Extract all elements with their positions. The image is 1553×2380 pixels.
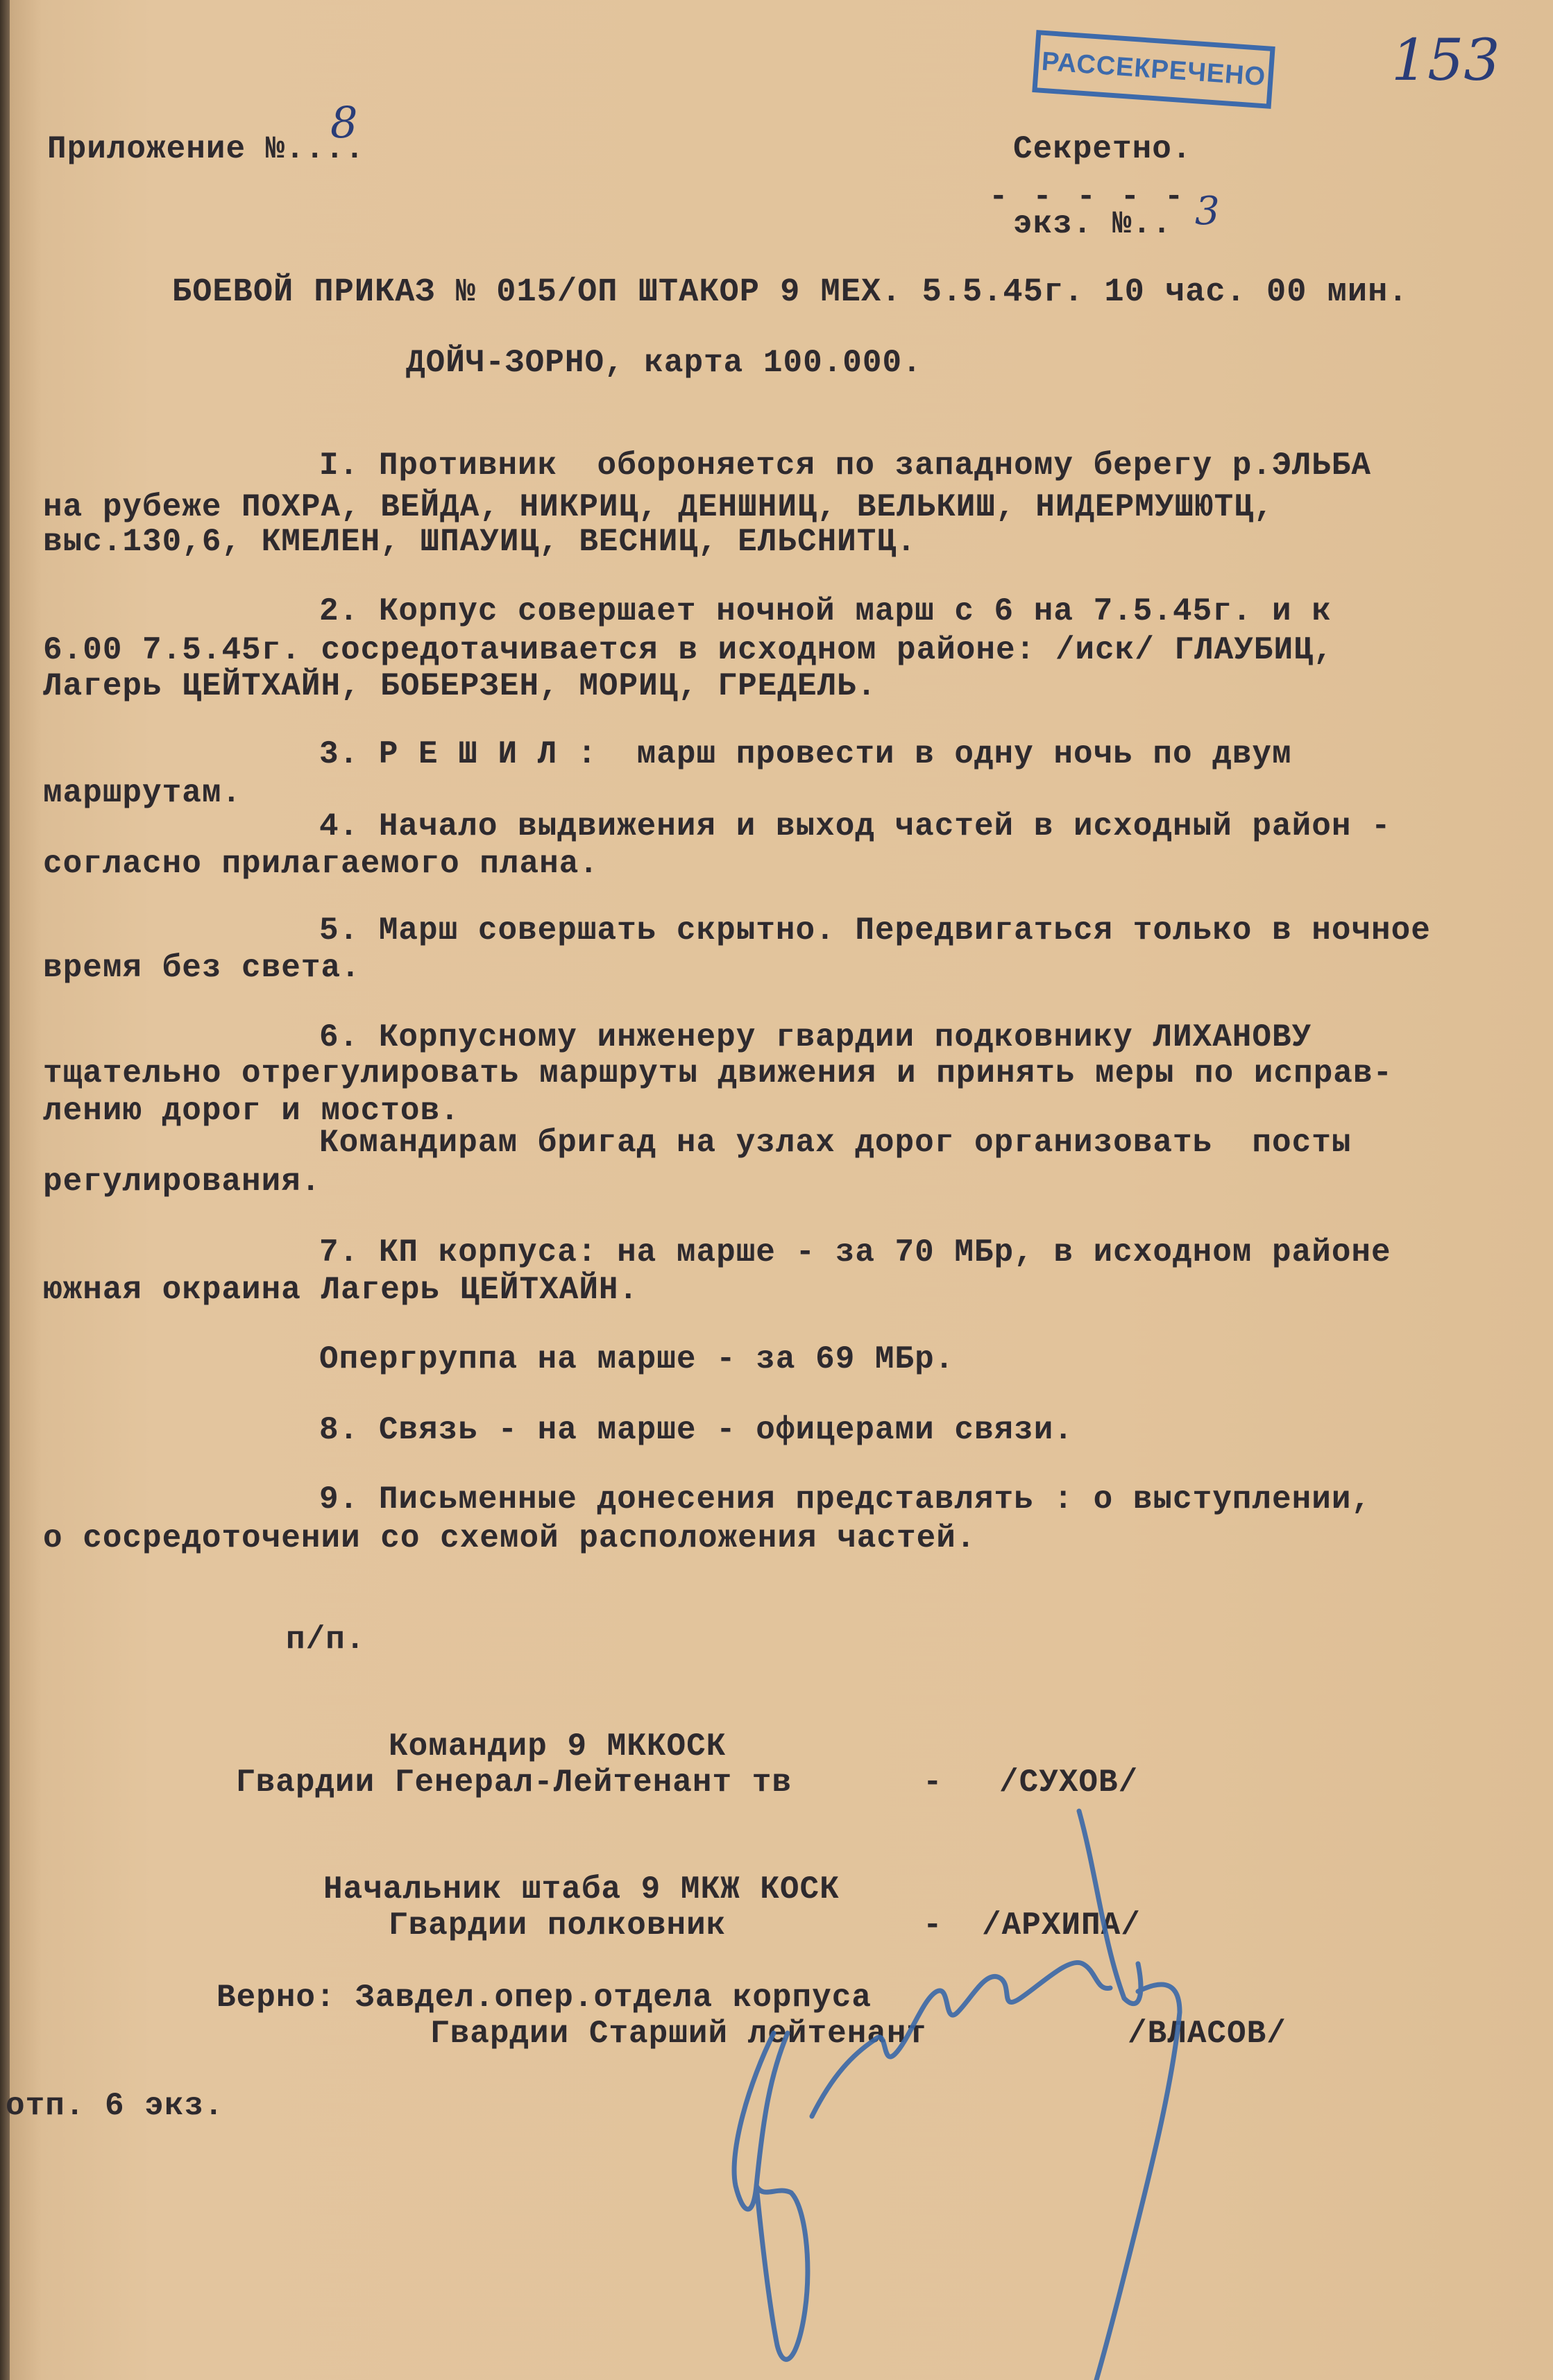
handwritten-signature-icon	[0, 0, 1553, 2380]
document-page: Приложение №.... 8 РАССЕКРЕЧЕНО 153 Секр…	[0, 0, 1553, 2380]
